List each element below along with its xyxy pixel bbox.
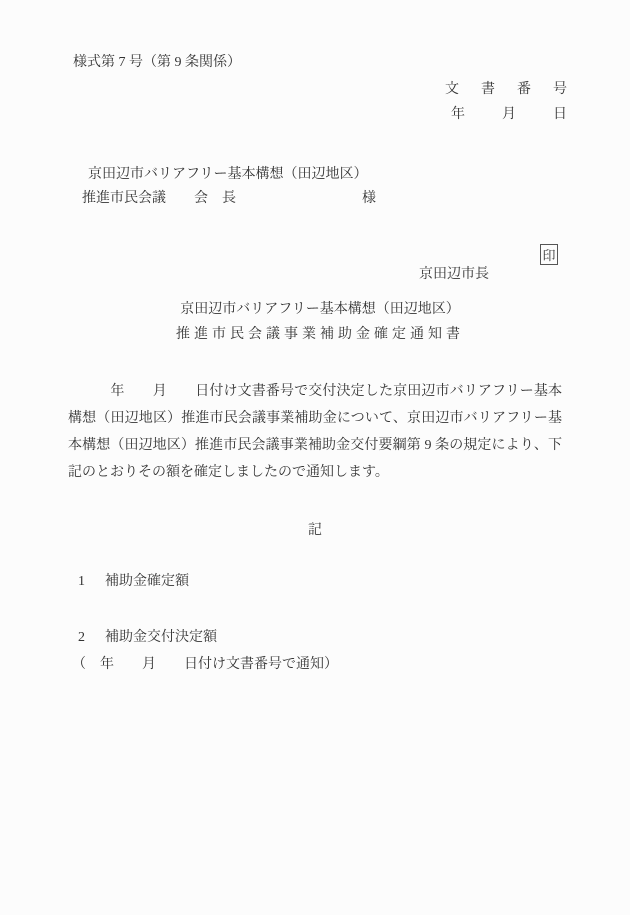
date-line: 年 月 日 bbox=[451, 105, 570, 125]
body-line-1: 年 月 日付け文書番号で交付決定した京田辺市バリアフリー基本 bbox=[68, 378, 562, 405]
item-2-label: 補助金交付決定額 bbox=[105, 628, 217, 648]
record-marker: 記 bbox=[0, 521, 630, 541]
body-line-4: 記のとおりその額を確定しましたので通知します。 bbox=[68, 459, 562, 486]
addressee-line2: 推進市民会議 会 長 様 bbox=[82, 189, 376, 209]
item-2-number: 2 bbox=[78, 628, 105, 648]
item-1-label: 補助金確定額 bbox=[105, 572, 189, 592]
seal-box: 印 bbox=[540, 244, 558, 265]
doc-number-label: 文 書 番 号 bbox=[445, 80, 571, 100]
doc-title-line1: 京田辺市バリアフリー基本構想（田辺地区） bbox=[0, 300, 630, 320]
sender-row: 京田辺市長 bbox=[405, 245, 489, 305]
body-line-2: 構想（田辺地区）推進市民会議事業補助金について、京田辺市バリアフリー基 bbox=[68, 405, 562, 432]
body-paragraph: 年 月 日付け文書番号で交付決定した京田辺市バリアフリー基本 構想（田辺地区）推… bbox=[68, 378, 562, 486]
document-page: 様式第 7 号（第 9 条関係） 文 書 番 号 年 月 日 京田辺市バリアフリ… bbox=[0, 0, 630, 915]
item-1: 1 補助金確定額 bbox=[78, 572, 189, 592]
body-line-3: 本構想（田辺地区）推進市民会議事業補助金交付要綱第 9 条の規定により、下 bbox=[68, 432, 562, 459]
addressee-line1: 京田辺市バリアフリー基本構想（田辺地区） bbox=[88, 165, 367, 185]
item-1-number: 1 bbox=[78, 572, 105, 592]
sender-name: 京田辺市長 bbox=[419, 267, 489, 282]
form-number: 様式第 7 号（第 9 条関係） bbox=[73, 53, 241, 73]
item-2: 2 補助金交付決定額 bbox=[78, 628, 217, 648]
doc-title-line2: 推進市民会議事業補助金確定通知書 bbox=[0, 325, 630, 345]
item-2-note: （ 年 月 日付け文書番号で通知） bbox=[72, 655, 338, 675]
